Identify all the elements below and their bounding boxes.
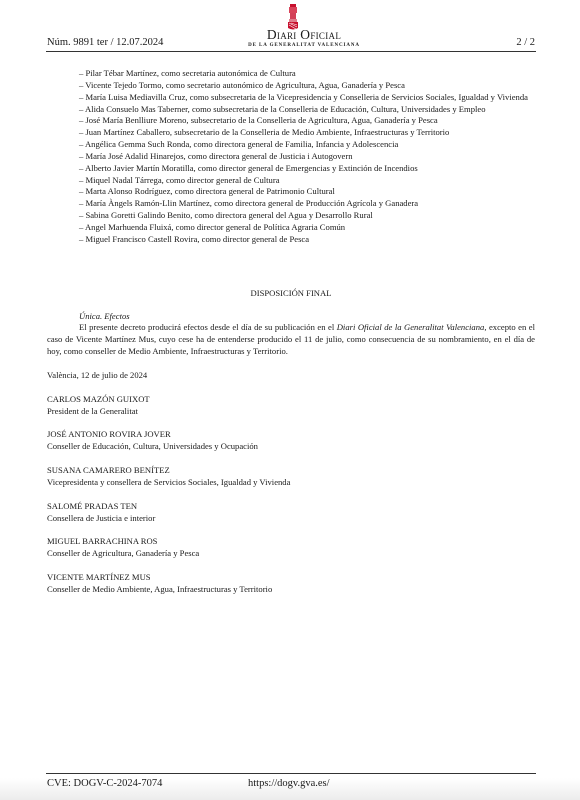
- list-item: – Miquel Nadal Tárrega, como director ge…: [47, 175, 535, 187]
- signer: JOSÉ ANTONIO ROVIRA JOVERConseller de Ed…: [47, 429, 535, 453]
- appointments-list: – Pilar Tébar Martínez, como secretaria …: [47, 68, 535, 246]
- list-item: – José María Benlliure Moreno, subsecret…: [47, 115, 535, 127]
- signer: SUSANA CAMARERO BENÍTEZVicepresidenta y …: [47, 465, 535, 489]
- issue-number: Núm. 9891 ter / 12.07.2024: [47, 37, 163, 48]
- section-title: DISPOSICIÓN FINAL: [47, 288, 535, 300]
- provision-text-start: El presente decreto producirá efectos de…: [79, 322, 337, 332]
- signer-name: VICENTE MARTÍNEZ MUS: [47, 572, 535, 584]
- dogv-link[interactable]: https://dogv.gva.es/: [248, 778, 330, 789]
- signer: SALOMÉ PRADAS TENConsellera de Justicia …: [47, 501, 535, 525]
- signer-name: CARLOS MAZÓN GUIXOT: [47, 394, 535, 406]
- logo-subtitle: DE LA GENERALITAT VALENCIANA: [234, 43, 374, 48]
- article-heading: Única. Efectos: [47, 311, 535, 323]
- signer-name: JOSÉ ANTONIO ROVIRA JOVER: [47, 429, 535, 441]
- provision-paragraph: El presente decreto producirá efectos de…: [47, 322, 535, 358]
- list-item: – Alberto Javier Martín Moratilla, como …: [47, 163, 535, 175]
- signer: VICENTE MARTÍNEZ MUSConseller de Medio A…: [47, 572, 535, 596]
- signer-name: SUSANA CAMARERO BENÍTEZ: [47, 465, 535, 477]
- signer: CARLOS MAZÓN GUIXOTPresident de la Gener…: [47, 394, 535, 418]
- page-footer: CVE: DOGV-C-2024-7074 https://dogv.gva.e…: [46, 773, 536, 774]
- list-item: – Angélica Gemma Such Ronda, como direct…: [47, 139, 535, 151]
- signer-role: Conseller de Educación, Cultura, Univers…: [47, 441, 535, 453]
- list-item: – Sabina Goretti Galindo Benito, como di…: [47, 210, 535, 222]
- signer-role: Vicepresidenta y consellera de Servicios…: [47, 477, 535, 489]
- signer-name: SALOMÉ PRADAS TEN: [47, 501, 535, 513]
- list-item: – Angel Marhuenda Fluixá, como director …: [47, 222, 535, 234]
- dogv-logo: Diari Oficial DE LA GENERALITAT VALENCIA…: [234, 2, 374, 51]
- list-item: – María José Adalid Hinarejos, como dire…: [47, 151, 535, 163]
- document-page: Núm. 9891 ter / 12.07.2024 Diari Oficial…: [0, 0, 580, 800]
- signers-list: CARLOS MAZÓN GUIXOTPresident de la Gener…: [47, 394, 535, 596]
- signer-role: Consellera de Justicia e interior: [47, 513, 535, 525]
- list-item: – Juan Martínez Caballero, subsecretario…: [47, 127, 535, 139]
- page-header: Núm. 9891 ter / 12.07.2024 Diari Oficial…: [46, 0, 536, 52]
- signer-role: Conseller de Agricultura, Ganadería y Pe…: [47, 548, 535, 560]
- list-item: – Marta Alonso Rodríguez, como directora…: [47, 186, 535, 198]
- journal-name: Diari Oficial de la Generalitat Valencia…: [337, 322, 485, 332]
- list-item: – Alida Consuelo Mas Taberner, como subs…: [47, 104, 535, 116]
- page-number: 2 / 2: [516, 37, 535, 48]
- list-item: – Miguel Francisco Castell Rovira, como …: [47, 234, 535, 246]
- list-item: – María Àngels Ramón-Llin Martínez, como…: [47, 198, 535, 210]
- signer-name: MIGUEL BARRACHINA ROS: [47, 536, 535, 548]
- document-body: – Pilar Tébar Martínez, como secretaria …: [47, 68, 535, 608]
- list-item: – Pilar Tébar Martínez, como secretaria …: [47, 68, 535, 80]
- signer: MIGUEL BARRACHINA ROSConseller de Agricu…: [47, 536, 535, 560]
- place-date: València, 12 de julio de 2024: [47, 370, 535, 382]
- logo-title: Diari Oficial: [234, 27, 374, 43]
- list-item: – María Luisa Mediavilla Cruz, como subs…: [47, 92, 535, 104]
- signer-role: Conseller de Medio Ambiente, Agua, Infra…: [47, 584, 535, 596]
- cve-code: CVE: DOGV-C-2024-7074: [47, 778, 162, 789]
- signer-role: President de la Generalitat: [47, 406, 535, 418]
- list-item: – Vicente Tejedo Tormo, como secretario …: [47, 80, 535, 92]
